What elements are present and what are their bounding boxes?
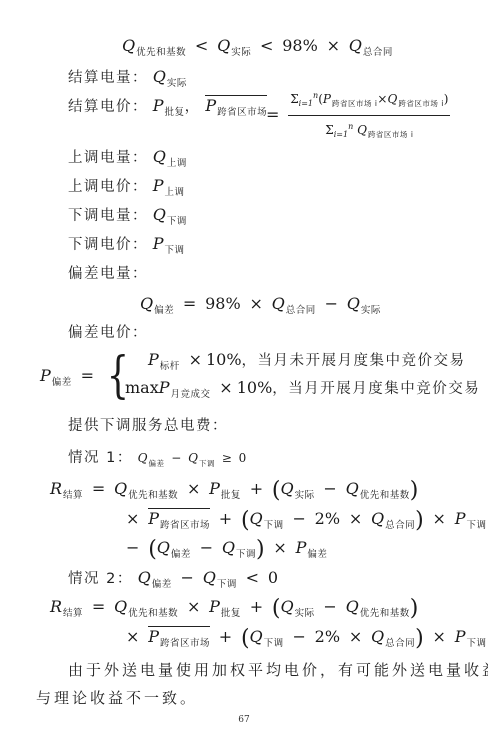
deviation-quantity-label: 偏差电量： xyxy=(68,263,148,284)
conclusion-line-1: 由于外送电量使用加权平均电价，有可能外送电量收益 xyxy=(68,660,488,680)
case-1-condition: 情况 1： Q偏差 − Q下调 ≥ 0 xyxy=(68,447,246,474)
case-2-formula-line-2: × P跨省区市场 + (Q下调 − 2% × Q总合同) × P下调 xyxy=(122,627,486,654)
page-number: 67 xyxy=(0,715,488,725)
avg-price-overline: P跨省区市场 xyxy=(205,95,267,115)
down-price: 下调电价： P下调 xyxy=(68,234,185,261)
case-1-formula-line-1: R结算 = Q优先和基数 × P批复 + (Q实际 − Q优先和基数) xyxy=(50,479,418,506)
settle-price: 结算电价： P批复， P跨省区市场 xyxy=(68,96,267,123)
fee-label: 提供下调服务总电费： xyxy=(68,415,228,436)
deviation-price-case-1: P标杆 ×10%，当月未开展月度集中竞价交易 xyxy=(148,350,466,377)
deviation-quantity-formula: Q偏差 = 98% × Q总合同 − Q实际 xyxy=(140,294,381,321)
weighted-average-fraction: = Σi=1n(P跨省区市场 i×Q跨省区市场 i) Σi=1n Q跨省区市场 … xyxy=(262,86,450,145)
case-1-formula-line-2: × P跨省区市场 + (Q下调 − 2% × Q总合同) × P下调 xyxy=(122,509,486,536)
case-2-formula-line-1: R结算 = Q优先和基数 × P批复 + (Q实际 − Q优先和基数) xyxy=(50,597,418,624)
settle-quantity: 结算电量： Q实际 xyxy=(68,67,187,94)
case-2-condition: 情况 2： Q偏差 − Q下调 < 0 xyxy=(68,568,278,595)
up-quantity: 上调电量： Q上调 xyxy=(68,147,187,174)
down-quantity: 下调电量： Q下调 xyxy=(68,205,187,232)
deviation-price-lhs: P偏差 = xyxy=(40,366,98,393)
deviation-price-label: 偏差电价： xyxy=(68,322,148,343)
up-price: 上调电价： P上调 xyxy=(68,176,185,203)
condition-formula: Q优先和基数 < Q实际 < 98% × Q总合同 xyxy=(122,36,393,63)
conclusion-line-2: 与理论收益不一致。 xyxy=(36,688,198,708)
deviation-price-case-2: maxP月竞成交 ×10%，当月开展月度集中竞价交易 xyxy=(125,378,480,405)
case-1-formula-line-3: − (Q偏差 − Q下调) × P偏差 xyxy=(122,538,327,565)
